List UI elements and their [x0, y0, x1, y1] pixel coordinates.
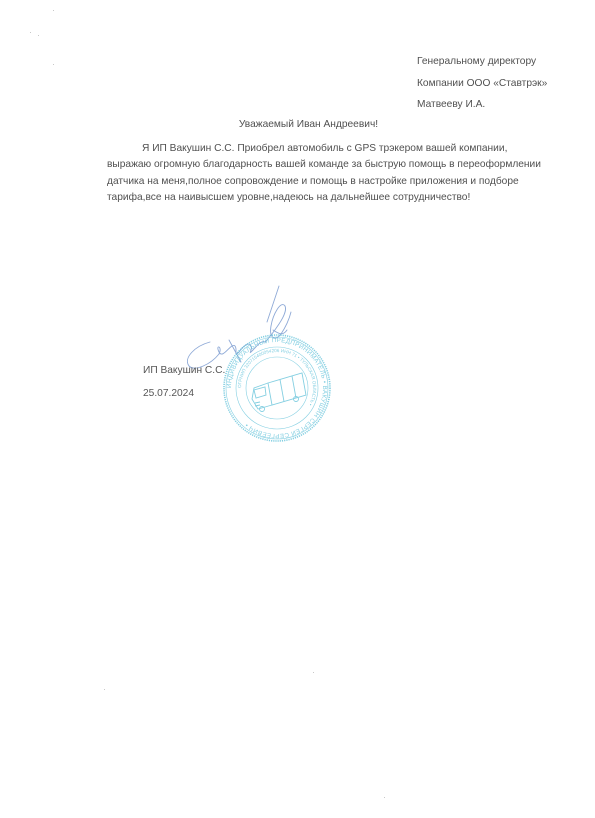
signer-name: ИП Вакушин С.С.: [143, 365, 225, 376]
scan-speck: [104, 689, 105, 690]
letter-page: Генеральному директору Компании ООО «Ста…: [0, 0, 595, 818]
letter-body: Я ИП Вакушин С.С. Приобрел автомобиль с …: [107, 141, 543, 206]
scan-speck: [53, 10, 54, 11]
addressee-block: Генеральному директору Компании ООО «Ста…: [417, 51, 547, 116]
salutation: Уважаемый Иван Андреевич!: [0, 119, 595, 130]
truck-icon: [252, 373, 306, 412]
letter-date: 25.07.2024: [143, 388, 194, 399]
addressee-position: Генеральному директору: [417, 51, 547, 73]
scan-speck: [30, 32, 31, 33]
scan-speck: [313, 672, 314, 673]
addressee-name: Матвееву И.А.: [417, 94, 547, 116]
scan-speck: [53, 64, 54, 65]
scan-speck: [384, 797, 385, 798]
scan-speck: [38, 35, 39, 36]
company-stamp: ИНДИВИДУАЛЬНЫЙ ПРЕДПРИНИМАТЕЛЬ • ВАКУШИН…: [222, 333, 332, 443]
addressee-company: Компании ООО «Ставтрэк»: [417, 73, 547, 95]
